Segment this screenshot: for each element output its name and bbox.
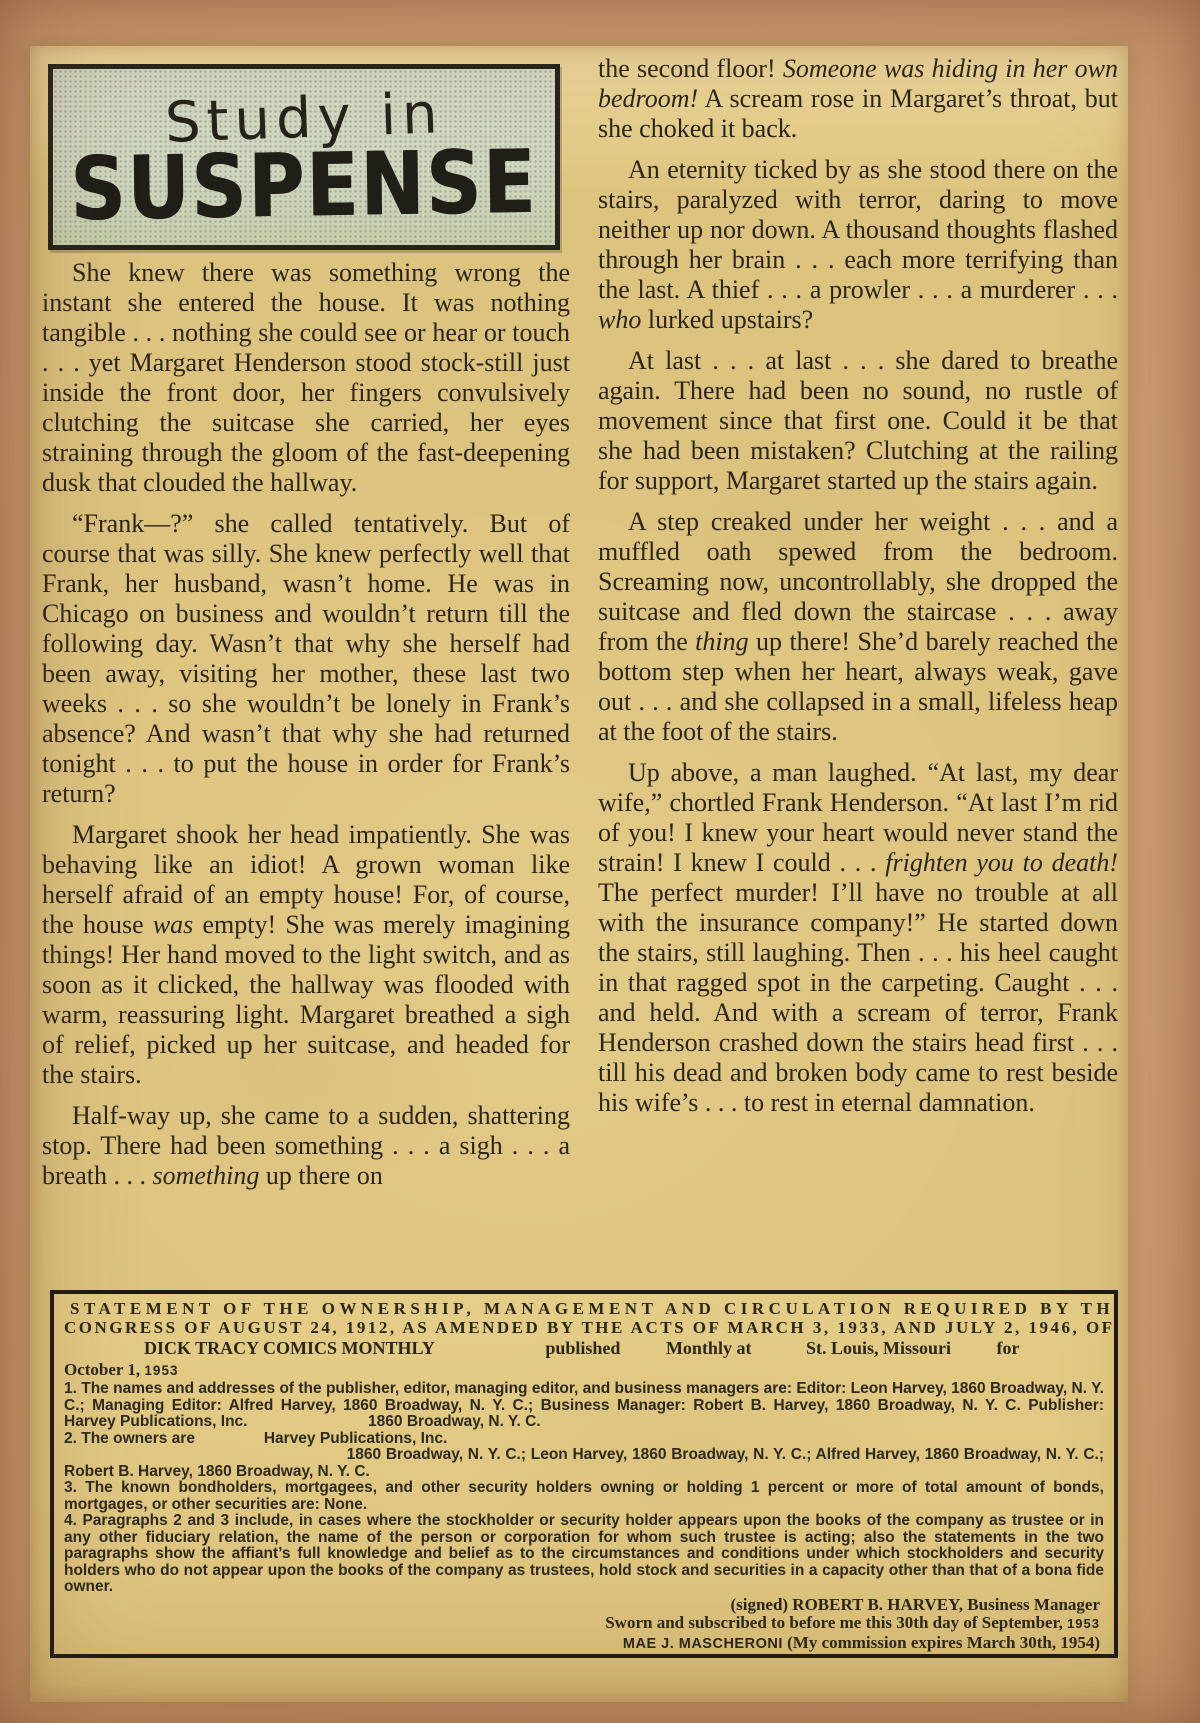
publication-title: DICK TRACY COMICS MONTHLY xyxy=(144,1337,435,1360)
statement-header-line: CONGRESS OF AUGUST 24, 1912, AS AMENDED … xyxy=(64,1318,1104,1337)
story-text: At last . . . at last . . . she dared to… xyxy=(598,346,1118,495)
frequency-label: Monthly at xyxy=(666,1337,752,1360)
story-text: The perfect murder! I’ll have no trouble… xyxy=(598,878,1118,1117)
sworn-text: Sworn and subscribed to before me this 3… xyxy=(605,1613,1063,1632)
story-text-italic: was xyxy=(153,910,193,939)
story-paragraph: the second floor! Someone was hiding in … xyxy=(598,54,1118,144)
story-column-left: She knew there was something wrong the i… xyxy=(42,258,570,1202)
statement-date-line: October 1, 1953 xyxy=(64,1360,1104,1381)
sworn-line: Sworn and subscribed to before me this 3… xyxy=(64,1614,1100,1633)
story-text: the second floor! xyxy=(598,54,783,83)
statement-paragraph: 2. The owners are Harvey Publications, I… xyxy=(64,1431,1104,1448)
statement-form-line: DICK TRACY COMICS MONTHLY published Mont… xyxy=(64,1337,1104,1360)
story-title-box: Study in SUSPENSE xyxy=(48,64,560,250)
statement-paragraph: 1860 Broadway, N. Y. C.; Leon Harvey, 18… xyxy=(64,1447,1104,1480)
story-paragraph: At last . . . at last . . . she dared to… xyxy=(598,346,1118,496)
signed-line: (signed) ROBERT B. HARVEY, Business Mana… xyxy=(64,1596,1100,1614)
story-text: lurked upstairs? xyxy=(641,305,813,334)
story-text: An eternity ticked by as she stood there… xyxy=(598,155,1118,304)
story-paragraph: A step creaked under her weight . . . an… xyxy=(598,507,1118,747)
statement-paragraph: 3. The known bondholders, mortgagees, an… xyxy=(64,1480,1104,1513)
story-text-italic: something xyxy=(152,1161,259,1190)
for-label: for xyxy=(996,1337,1019,1360)
story-text-italic: thing xyxy=(695,627,748,656)
notary-line: MAE J. MASCHERONI (My commission expires… xyxy=(64,1633,1100,1654)
ownership-statement-box: STATEMENT OF THE OWNERSHIP, MANAGEMENT A… xyxy=(50,1290,1118,1658)
story-text: up there on xyxy=(259,1161,382,1190)
comic-text-page: Study in SUSPENSE She knew there was som… xyxy=(30,46,1128,1702)
story-text-italic: who xyxy=(598,305,641,334)
story-paragraph: Half-way up, she came to a sudden, shatt… xyxy=(42,1101,570,1191)
story-paragraph: “Frank—?” she called tentatively. But of… xyxy=(42,509,570,809)
statement-body: 1. The names and addresses of the publis… xyxy=(64,1381,1104,1596)
story-paragraph: An eternity ticked by as she stood there… xyxy=(598,155,1118,335)
story-text: “Frank—?” she called tentatively. But of… xyxy=(42,509,570,808)
story-title-main: SUSPENSE xyxy=(70,139,538,234)
story-paragraph: Up above, a man laughed. “At last, my de… xyxy=(598,758,1118,1118)
statement-signature-block: (signed) ROBERT B. HARVEY, Business Mana… xyxy=(64,1596,1104,1654)
story-paragraph: She knew there was something wrong the i… xyxy=(42,258,570,498)
story-text-italic: frighten you to death! xyxy=(885,848,1118,877)
published-label: published xyxy=(545,1337,620,1360)
statement-paragraph: 4. Paragraphs 2 and 3 include, in cases … xyxy=(64,1513,1104,1596)
statement-header-line: STATEMENT OF THE OWNERSHIP, MANAGEMENT A… xyxy=(64,1299,1104,1318)
statement-date: October 1, xyxy=(64,1360,140,1379)
story-column-right: the second floor! Someone was hiding in … xyxy=(598,54,1118,1129)
statement-date-year: 1953 xyxy=(144,1363,178,1378)
notary-name: MAE J. MASCHERONI xyxy=(623,1636,783,1652)
statement-paragraph: 1. The names and addresses of the publis… xyxy=(64,1381,1104,1431)
notary-commission: (My commission expires March 30th, 1954) xyxy=(783,1633,1100,1652)
publication-location: St. Louis, Missouri xyxy=(806,1337,951,1360)
statement-header: STATEMENT OF THE OWNERSHIP, MANAGEMENT A… xyxy=(64,1299,1104,1337)
story-paragraph: Margaret shook her head impatiently. She… xyxy=(42,820,570,1090)
sworn-year: 1953 xyxy=(1067,1616,1100,1631)
story-text: She knew there was something wrong the i… xyxy=(42,258,570,497)
